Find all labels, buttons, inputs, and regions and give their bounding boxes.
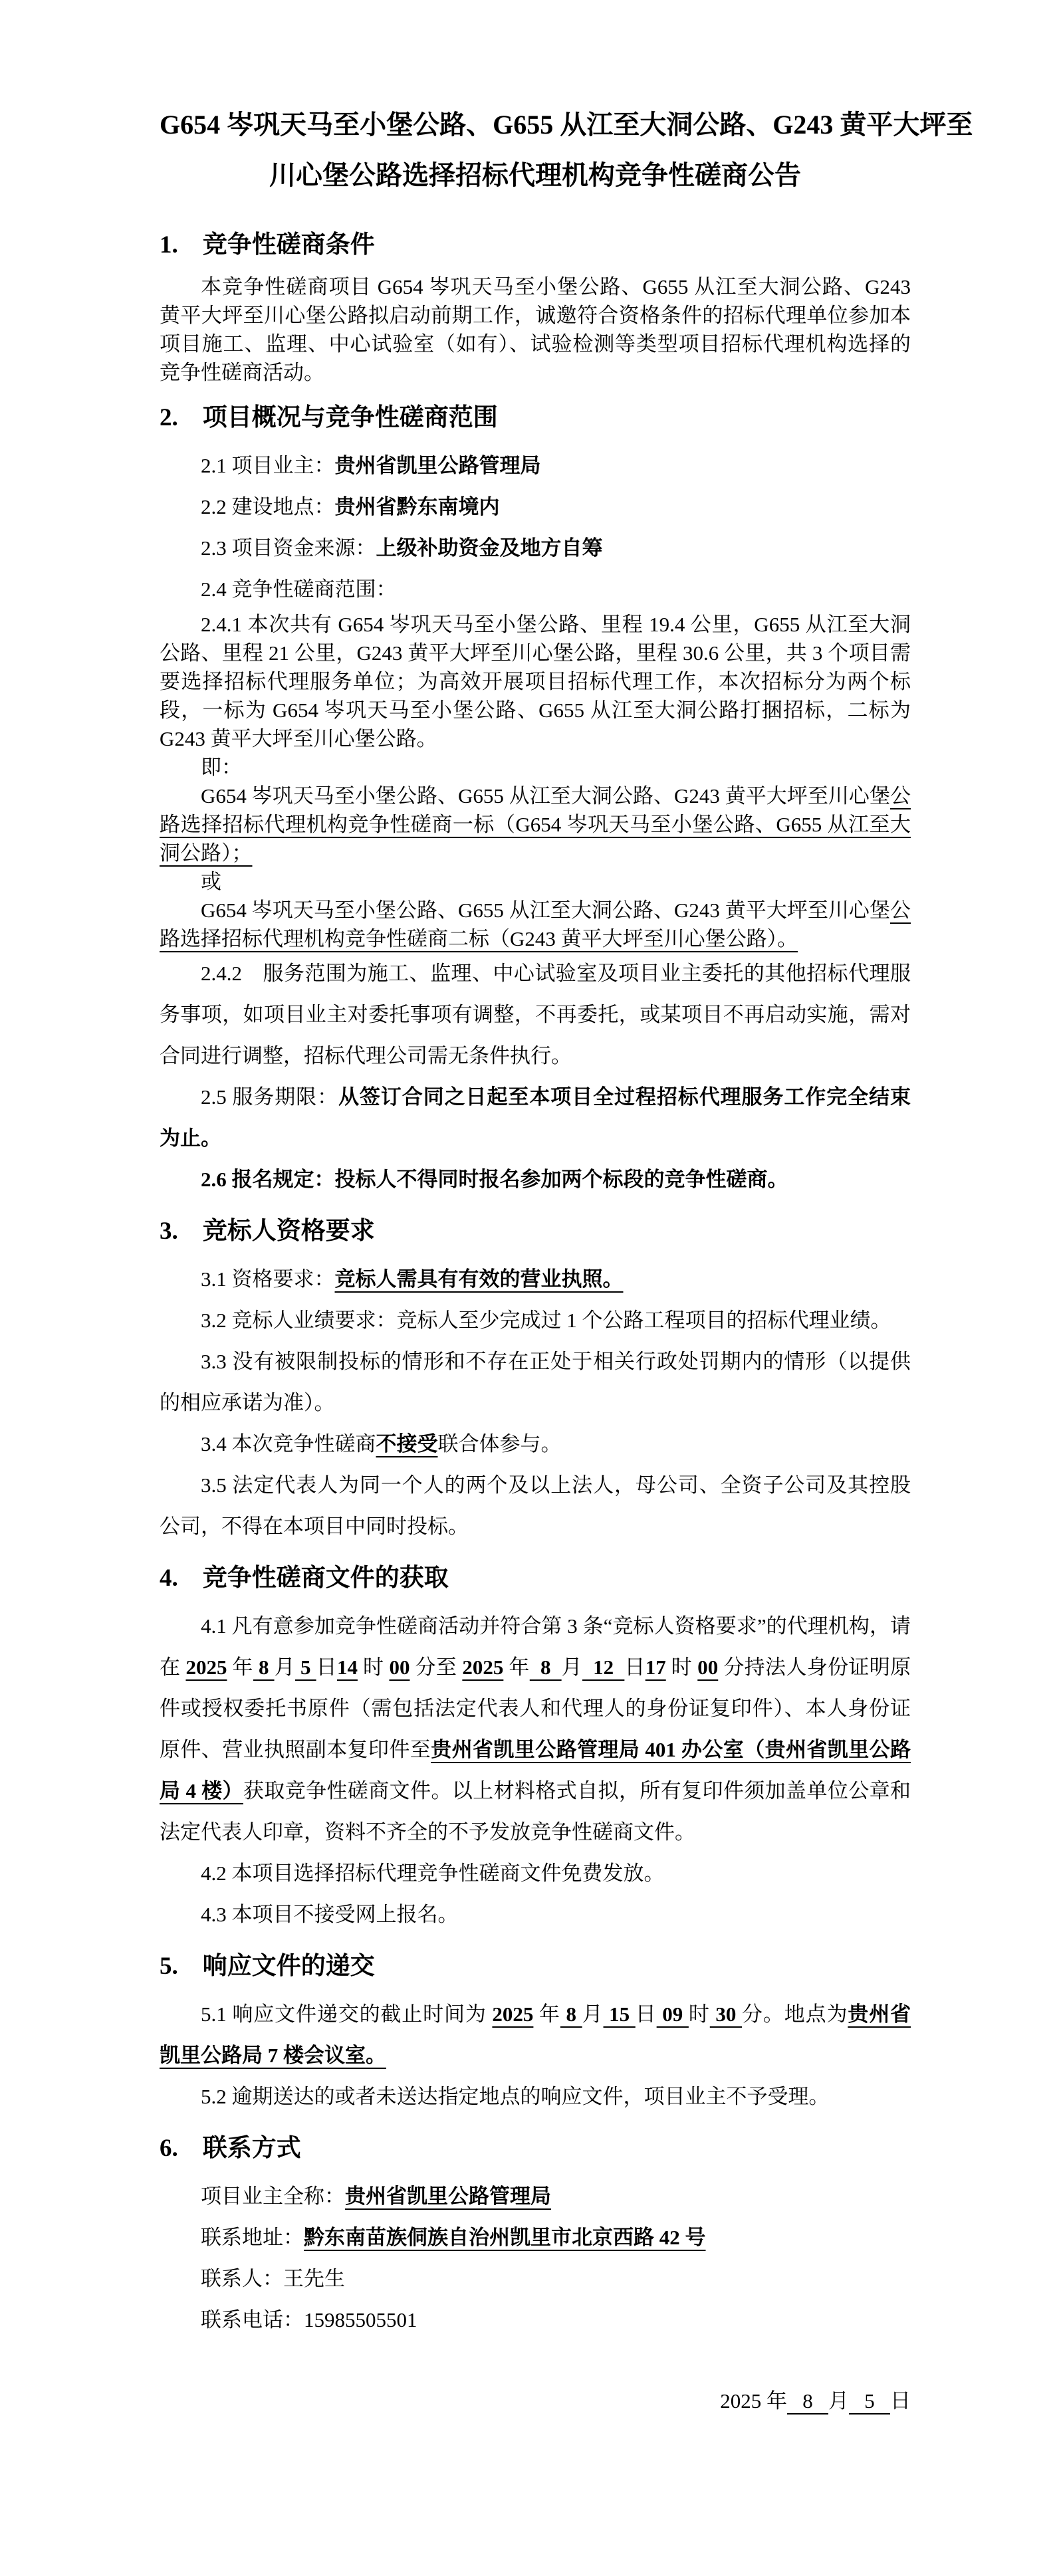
section-4-heading: 4. 竞争性磋商文件的获取	[160, 1563, 911, 1594]
text-run: 本竞争性磋商项目 G654 岑巩天马至小堡公路、G655 从江至大洞公路、G24…	[160, 275, 911, 384]
document-title-line-2: 川心堡公路选择招标代理机构竞争性磋商公告	[160, 150, 911, 201]
text-run: G654 岑巩天马至小堡公路、G655 从江至大洞公路、G243 黄平大坪至川心…	[201, 899, 890, 922]
para-2-5-term: 2.5 服务期限：从签订合同之日起至本项目全过程招标代理服务工作完全结束为止。	[160, 1077, 911, 1159]
text-run: 4. 竞争性磋商文件的获取	[160, 1564, 449, 1592]
text-run: 2025	[462, 1656, 503, 1679]
text-run: 联系电话：15985505501	[201, 2308, 417, 2331]
text-run: 贵州省凯里公路管理局	[335, 454, 541, 477]
section-2-heading: 2. 项目概况与竞争性磋商范围	[160, 403, 911, 433]
text-run: 4.3 本项目不接受网上报名。	[201, 1903, 459, 1926]
text-run: 14	[337, 1656, 358, 1679]
para-3-5: 3.5 法定代表人为同一个人的两个及以上法人，母公司、全资子公司及其控股公司，不…	[160, 1465, 911, 1547]
para-2-3-funding: 2.3 项目资金来源：上级补助资金及地方自筹	[160, 528, 911, 569]
text-run: 时	[689, 2002, 710, 2026]
text-run: 2.6 报名规定：投标人不得同时报名参加两个标段的竞争性磋商。	[201, 1168, 788, 1191]
text-run: 2.4.2 服务范围为施工、监理、中心试验室及项目业主委托的其他招标代理服务事项…	[160, 962, 911, 1067]
text-run: 2025	[492, 2002, 533, 2026]
text-run: 或	[201, 870, 221, 893]
document-title-line-1: G654 岑巩天马至小堡公路、G655 从江至大洞公路、G243 黄平大坪至	[160, 100, 911, 150]
text-run: 月	[582, 2002, 604, 2026]
text-run: 3.5 法定代表人为同一个人的两个及以上法人，母公司、全资子公司及其控股公司，不…	[160, 1473, 911, 1538]
para-lot-2: G654 岑巩天马至小堡公路、G655 从江至大洞公路、G243 黄平大坪至川心…	[160, 896, 911, 953]
para-contact-person: 联系人：王先生	[160, 2258, 911, 2300]
text-run: 1. 竞争性磋商条件	[160, 231, 375, 259]
document-body: 1. 竞争性磋商条件本竞争性磋商项目 G654 岑巩天马至小堡公路、G655 从…	[160, 230, 911, 2422]
footer-date: 2025 年 8 月 5 日	[160, 2381, 911, 2422]
text-run: 2.5 服务期限：	[201, 1085, 338, 1109]
text-run: 4.2 本项目选择招标代理竞争性磋商文件免费发放。	[201, 1862, 665, 1885]
text-run: 09	[657, 2002, 689, 2026]
text-run: 2.4 竞争性磋商范围：	[201, 578, 397, 601]
text-run: 2.4.1 本次共有 G654 岑巩天马至小堡公路、里程 19.4 公里，G65…	[160, 613, 911, 750]
text-run: 贵州省黔东南境内	[335, 495, 500, 518]
text-run: 日	[316, 1656, 337, 1679]
para-namely: 即：	[160, 753, 911, 782]
text-run: 5	[295, 1656, 316, 1679]
text-run: 月	[562, 1656, 582, 1679]
text-run: 时	[358, 1656, 390, 1679]
text-run: 不接受	[376, 1432, 438, 1455]
text-run: 贵州省凯里公路管理局	[345, 2185, 551, 2208]
text-run: 获取竞争性磋商文件。以上材料格式自拟，所有复印件须加盖单位公章和法定代表人印章，…	[160, 1779, 911, 1844]
text-run: 2.2 建设地点：	[201, 495, 335, 518]
text-run: 日	[624, 1656, 645, 1679]
text-run: 黔东南苗族侗族自治州凯里市北京西路 42 号	[304, 2226, 706, 2249]
text-run: 8	[253, 1656, 275, 1679]
para-4-3: 4.3 本项目不接受网上报名。	[160, 1894, 911, 1935]
text-run: 12	[582, 1656, 624, 1679]
para-owner-name: 项目业主全称：贵州省凯里公路管理局	[160, 2176, 911, 2217]
text-run: 2.1 项目业主：	[201, 454, 335, 477]
para-2-4-1: 2.4.1 本次共有 G654 岑巩天马至小堡公路、里程 19.4 公里，G65…	[160, 610, 911, 753]
text-run: 上级补助资金及地方自筹	[376, 536, 603, 560]
text-run: 15	[604, 2002, 636, 2026]
para-lot-1: G654 岑巩天马至小堡公路、G655 从江至大洞公路、G243 黄平大坪至川心…	[160, 782, 911, 867]
text-run: 月	[275, 1656, 295, 1679]
text-run: 3. 竞标人资格要求	[160, 1218, 375, 1245]
para-4-2: 4.2 本项目选择招标代理竞争性磋商文件免费发放。	[160, 1853, 911, 1894]
para-5-2: 5.2 逾期送达的或者未送达指定地点的响应文件，项目业主不予受理。	[160, 2076, 911, 2117]
section-6-heading: 6. 联系方式	[160, 2133, 911, 2164]
para-1-intro: 本竞争性磋商项目 G654 岑巩天马至小堡公路、G655 从江至大洞公路、G24…	[160, 272, 911, 387]
para-3-2: 3.2 竞标人业绩要求：竞标人至少完成过 1 个公路工程项目的招标代理业绩。	[160, 1300, 911, 1341]
text-run: 5.2 逾期送达的或者未送达指定地点的响应文件，项目业主不予受理。	[201, 2085, 830, 2108]
text-run: 分至	[410, 1656, 462, 1679]
text-run: 6. 联系方式	[160, 2135, 301, 2162]
text-run: 17	[645, 1656, 666, 1679]
section-3-heading: 3. 竞标人资格要求	[160, 1216, 911, 1247]
text-run: 5.1 响应文件递交的截止时间为	[201, 2002, 492, 2026]
text-run: 项目业主全称：	[201, 2185, 345, 2208]
text-run: 8	[530, 1656, 562, 1679]
text-run: 分。地点为	[742, 2002, 848, 2026]
text-run: 8	[787, 2389, 828, 2413]
text-run: 00	[697, 1656, 718, 1679]
text-run: 月	[828, 2389, 849, 2413]
section-5-heading: 5. 响应文件的递交	[160, 1951, 911, 1982]
para-3-4: 3.4 本次竞争性磋商不接受联合体参与。	[160, 1424, 911, 1465]
text-run: 即：	[201, 756, 242, 779]
text-run: 联系地址：	[201, 2226, 304, 2249]
section-1-heading: 1. 竞争性磋商条件	[160, 230, 911, 261]
para-3-3: 3.3 没有被限制投标的情形和不存在正处于相关行政处罚期内的情形（以提供的相应承…	[160, 1341, 911, 1424]
document-title: G654 岑巩天马至小堡公路、G655 从江至大洞公路、G243 黄平大坪至 川…	[160, 100, 911, 201]
text-run: 年	[227, 1656, 253, 1679]
text-run: 联合体参与。	[438, 1432, 562, 1455]
para-2-1-owner: 2.1 项目业主：贵州省凯里公路管理局	[160, 445, 911, 486]
para-2-2-location: 2.2 建设地点：贵州省黔东南境内	[160, 486, 911, 528]
text-run: 3.2 竞标人业绩要求：竞标人至少完成过 1 个公路工程项目的招标代理业绩。	[201, 1309, 891, 1332]
text-run: 年	[503, 1656, 529, 1679]
text-run: 3.4 本次竞争性磋商	[201, 1432, 376, 1455]
text-run: 00	[389, 1656, 410, 1679]
text-run: 时	[666, 1656, 698, 1679]
text-run: 5	[849, 2389, 890, 2413]
text-run: 3.3 没有被限制投标的情形和不存在正处于相关行政处罚期内的情形（以提供的相应承…	[160, 1350, 911, 1414]
document-page: G654 岑巩天马至小堡公路、G655 从江至大洞公路、G243 黄平大坪至 川…	[0, 0, 1055, 2576]
para-contact-phone: 联系电话：15985505501	[160, 2300, 911, 2341]
text-run: G654 岑巩天马至小堡公路、G655 从江至大洞公路、G243 黄平大坪至川心…	[201, 784, 890, 807]
text-run: 5. 响应文件的递交	[160, 1953, 375, 1980]
text-run: 2025 年	[720, 2389, 787, 2413]
para-or: 或	[160, 867, 911, 896]
text-run: 2.3 项目资金来源：	[201, 536, 376, 560]
text-run: 3.1 资格要求：	[201, 1267, 335, 1291]
text-run: 联系人：王先生	[201, 2267, 345, 2290]
text-run: 2025	[185, 1656, 227, 1679]
para-contact-address: 联系地址：黔东南苗族侗族自治州凯里市北京西路 42 号	[160, 2217, 911, 2258]
text-run: 日	[890, 2389, 911, 2413]
para-2-4-2: 2.4.2 服务范围为施工、监理、中心试验室及项目业主委托的其他招标代理服务事项…	[160, 953, 911, 1077]
text-run: 日	[636, 2002, 657, 2026]
text-run: 2. 项目概况与竞争性磋商范围	[160, 404, 498, 431]
text-run: 竞标人需具有有效的营业执照。	[335, 1267, 624, 1291]
text-run: 30	[710, 2002, 742, 2026]
para-2-4-scope: 2.4 竞争性磋商范围：	[160, 569, 911, 610]
para-3-1: 3.1 资格要求：竞标人需具有有效的营业执照。	[160, 1259, 911, 1300]
text-run: 年	[533, 2002, 560, 2026]
para-5-1: 5.1 响应文件递交的截止时间为 2025 年 8 月 15 日 09 时 30…	[160, 1994, 911, 2076]
text-run: 8	[560, 2002, 582, 2026]
para-4-1: 4.1 凡有意参加竞争性磋商活动并符合第 3 条“竞标人资格要求”的代理机构，请…	[160, 1606, 911, 1853]
para-2-6-registration: 2.6 报名规定：投标人不得同时报名参加两个标段的竞争性磋商。	[160, 1159, 911, 1200]
